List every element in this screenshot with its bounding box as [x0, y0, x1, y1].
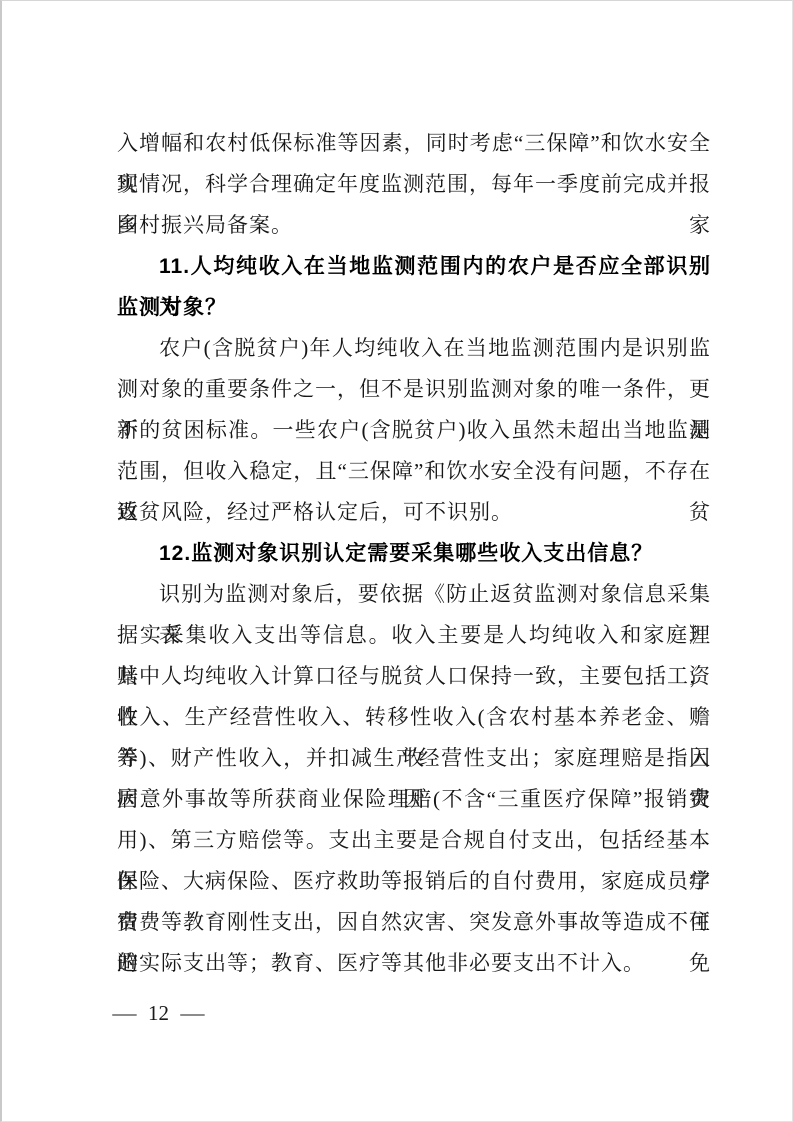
body-text-line: 农户(含脱贫户)年人均纯收入在当地监测范围内是识别监	[117, 328, 711, 369]
body-text-line: 新的贫困标准。一些农户(含脱贫户)收入虽然未超出当地监测	[117, 410, 711, 451]
body-text-line: 据实采集收入支出等信息。收入主要是人均纯收入和家庭理赔，	[117, 615, 711, 656]
body-text-line: 用)、第三方赔偿等。支出主要是合规自付支出，包括经基本医疗	[117, 820, 711, 861]
heading-line: 监测对象？	[117, 287, 711, 328]
body-text-line: 收入、生产经营性收入、转移性收入(含农村基本养老金、赡养收入	[117, 697, 711, 738]
body-text-line: 现情况，科学合理确定年度监测范围，每年一季度前完成并报国家	[117, 164, 711, 205]
page-number-value: 12	[148, 1001, 169, 1026]
document-page: 入增幅和农村低保标准等因素，同时考虑“三保障”和饮水安全实现情况，科学合理确定年…	[0, 0, 793, 1122]
body-text-line: 测对象的重要条件之一，但不是识别监测对象的唯一条件，更不是	[117, 369, 711, 410]
page-number: — 12 —	[114, 1001, 203, 1026]
heading-line: 11.人均纯收入在当地监测范围内的农户是否应全部识别为	[117, 246, 711, 287]
page-number-dash-left: —	[112, 1001, 136, 1026]
body-text-line: 宿费等教育刚性支出，因自然灾害、突发意外事故等造成不可避免	[117, 902, 711, 943]
body-text-line: 保险、大病保险、医疗救助等报销后的自付费用，家庭成员学费、住	[117, 861, 711, 902]
body-text-line: 因意外事故等所获商业保险理赔(不含“三重医疗保障”报销费	[117, 779, 711, 820]
heading-line: 12.监测对象识别认定需要采集哪些收入支出信息？	[117, 533, 711, 574]
body-text-line: 范围，但收入稳定，且“三保障”和饮水安全没有问题，不存在返贫	[117, 451, 711, 492]
body-text-line: 入增幅和农村低保标准等因素，同时考虑“三保障”和饮水安全实	[117, 123, 711, 164]
body-text-line: 识别为监测对象后，要依据《防止返贫监测对象信息采集表》	[117, 574, 711, 615]
document-content: 入增幅和农村低保标准等因素，同时考虑“三保障”和饮水安全实现情况，科学合理确定年…	[117, 123, 711, 984]
body-text-line: 等)、财产性收入，并扣减生产经营性支出；家庭理赔是指因病因灾	[117, 738, 711, 779]
body-text-line: 其中人均纯收入计算口径与脱贫人口保持一致，主要包括工资性	[117, 656, 711, 697]
body-text-line: 的实际支出等；教育、医疗等其他非必要支出不计入。	[117, 943, 711, 984]
page-number-dash-right: —	[180, 1001, 204, 1026]
